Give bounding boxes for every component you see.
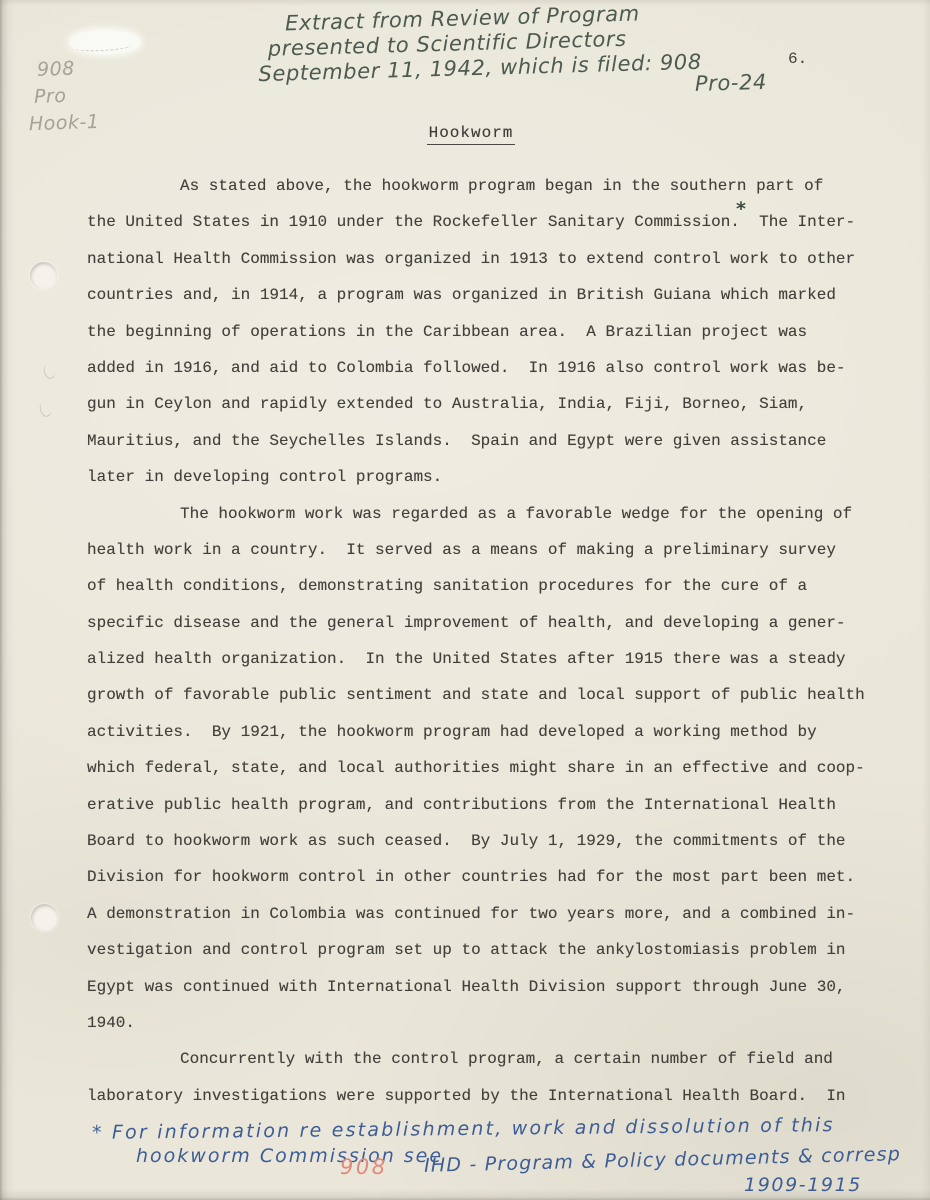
- typed-body-line: the beginning of operations in the Carib…: [87, 314, 887, 350]
- typed-body-line: national Health Commission was organized…: [87, 241, 887, 277]
- typed-body-line: As stated above, the hookworm program be…: [87, 168, 887, 204]
- margin-file-reference-line: 908: [37, 55, 98, 84]
- footnote-line-2: hookworm Commission see: [136, 1145, 443, 1167]
- typed-body-line: Board to hookworm work as such ceased. B…: [87, 823, 887, 859]
- punch-hole-bottom: [31, 904, 58, 931]
- typed-body-line: which federal, state, and local authorit…: [87, 750, 887, 786]
- typed-body-line: added in 1916, and aid to Colombia follo…: [87, 350, 887, 386]
- margin-pencil-smudge: [44, 364, 55, 380]
- erasure-smudge: [70, 30, 140, 54]
- typed-body-line: 1940.: [87, 1005, 887, 1041]
- typed-body-line: Egypt was continued with International H…: [87, 969, 887, 1005]
- typed-body-line: of health conditions, demonstrating sani…: [87, 568, 887, 604]
- document-body: As stated above, the hookworm program be…: [87, 168, 887, 1114]
- footnote-line-1: * For information re establishment, work…: [92, 1114, 835, 1144]
- handwritten-note-line: Pro-24: [695, 70, 768, 97]
- footnote-line-4: 1909-1915: [744, 1174, 862, 1196]
- margin-file-reference-line: Pro: [34, 82, 99, 111]
- scanned-document-page: Extract from Review of Programpresented …: [0, 0, 930, 1200]
- typed-body-line: later in developing control programs.: [87, 459, 887, 495]
- page-number: 6.: [788, 50, 807, 68]
- typed-body-line: gun in Ceylon and rapidly extended to Au…: [87, 386, 887, 422]
- typed-body-line: A demonstration in Colombia was continue…: [87, 896, 887, 932]
- typed-body-line: Mauritius, and the Seychelles Islands. S…: [87, 423, 887, 459]
- typed-body-line: The hookworm work was regarded as a favo…: [87, 496, 887, 532]
- typed-body-line: health work in a country. It served as a…: [87, 532, 887, 568]
- typed-body-line: vestigation and control program set up t…: [87, 932, 887, 968]
- margin-pencil-smudge: [40, 402, 51, 418]
- typed-body-line: specific disease and the general improve…: [87, 605, 887, 641]
- typed-body-line: the United States in 1910 under the Rock…: [87, 204, 887, 240]
- typed-body-line: Division for hookworm control in other c…: [87, 859, 887, 895]
- typed-body-line: activities. By 1921, the hookworm progra…: [87, 714, 887, 750]
- footnote-line-3: IHD - Program & Policy documents & corre…: [424, 1143, 901, 1177]
- typed-body-line: countries and, in 1914, a program was or…: [87, 277, 887, 313]
- typed-body-line: alized health organization. In the Unite…: [87, 641, 887, 677]
- typed-body-line: erative public health program, and contr…: [87, 787, 887, 823]
- typed-body-line: Concurrently with the control program, a…: [87, 1041, 887, 1077]
- typed-body-line: laboratory investigations were supported…: [87, 1078, 887, 1114]
- typed-body-line: growth of favorable public sentiment and…: [87, 677, 887, 713]
- footnote-file-number-red: 908: [340, 1155, 388, 1179]
- punch-hole-top: [30, 262, 57, 289]
- handwritten-top-note: Extract from Review of Programpresented …: [257, 0, 768, 109]
- document-title-text: Hookworm: [427, 124, 516, 145]
- document-title: Hookworm: [87, 124, 855, 142]
